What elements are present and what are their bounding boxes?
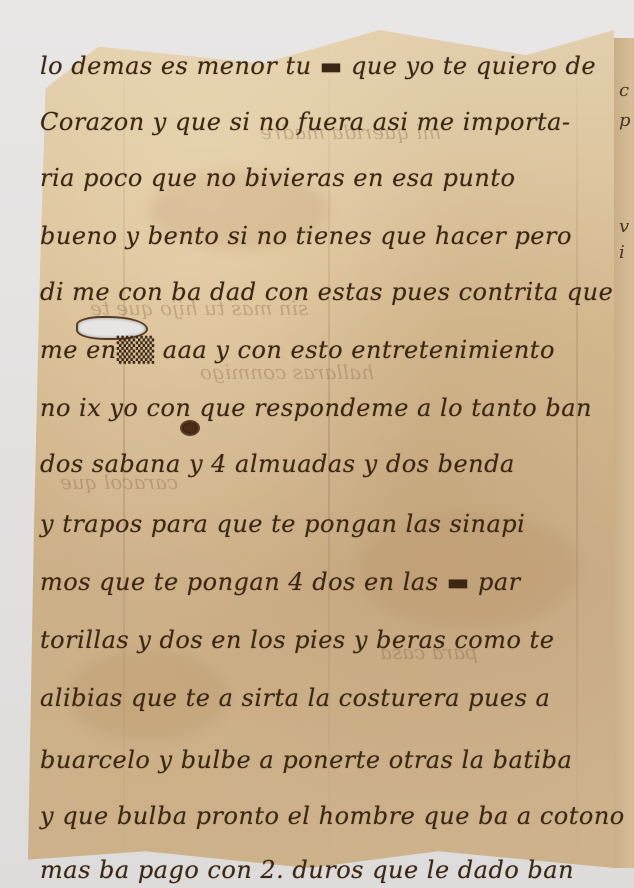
text-line: y trapos para que te pongan las sinapi: [40, 510, 525, 538]
text-line: alibias que te a sirta la costurera pues…: [40, 684, 550, 712]
text-line: y que bulba pronto el hombre que ba a co…: [40, 802, 625, 830]
text-line: ria poco que no bivieras en esa punto: [40, 164, 515, 192]
text-line: di me con ba dad con estas pues contrita…: [40, 278, 613, 306]
fold-crease: [328, 30, 330, 868]
adjacent-page-fragment: v: [619, 216, 629, 237]
text-line: torillas y dos en los pies y beras como …: [40, 626, 554, 654]
adjacent-page-fragment: p: [619, 110, 631, 131]
fold-crease: [123, 30, 125, 868]
adjacent-page-edge: c p v i: [612, 38, 634, 868]
text-line: mas ba pago con 2. duros que le dado ban: [40, 856, 574, 884]
text-line: buarcelo y bulbe a ponerte otras la bati…: [40, 746, 572, 774]
adjacent-page-fragment: i: [619, 242, 625, 263]
text-line: Corazon y que si no fuera asi me importa…: [40, 108, 571, 136]
text-line: me en▒▒ aaa y con esto entretenimiento: [40, 336, 555, 364]
text-line: bueno y bento si no tienes que hacer per…: [40, 222, 572, 250]
paper-burn-spot: [180, 420, 200, 436]
text-line: mos que te pongan 4 dos en las ▬ par: [40, 568, 521, 596]
text-line: dos sabana y 4 almuadas y dos benda: [40, 450, 515, 478]
document-photo: c p v i mi querida madre sin mas tu hijo…: [0, 0, 634, 888]
fold-crease: [576, 30, 578, 868]
text-line: lo demas es menor tu ▬ que yo te quiero …: [40, 52, 596, 80]
adjacent-page-fragment: c: [619, 80, 629, 101]
manuscript-page: [28, 30, 614, 868]
text-line: no ix yo con que respondeme a lo tanto b…: [40, 394, 592, 422]
